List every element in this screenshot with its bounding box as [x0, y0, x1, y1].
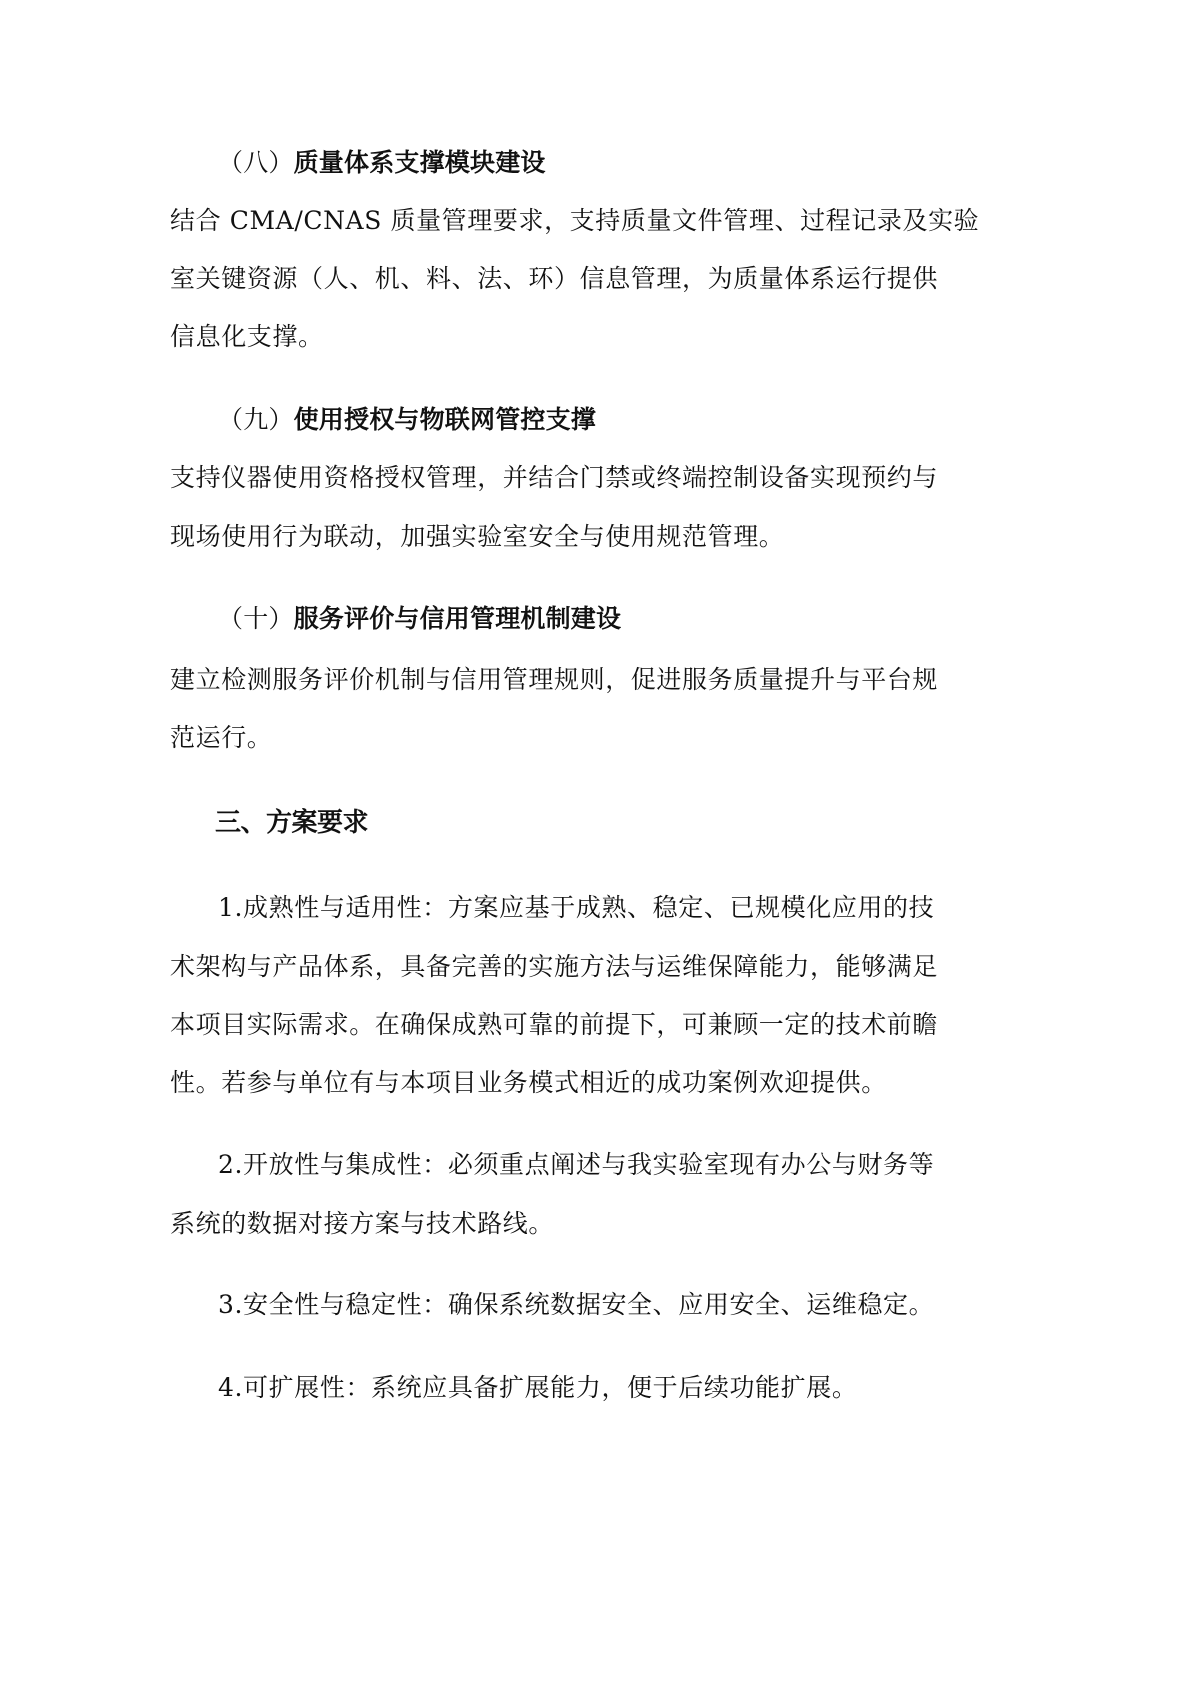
paragraph-line: 结合 CMA/CNAS 质量管理要求，支持质量文件管理、过程记录及实验 [170, 206, 979, 236]
paragraph-line: 范运行。 [170, 723, 272, 753]
paragraph-line: 支持仪器使用资格授权管理，并结合门禁或终端控制设备实现预约与 [170, 463, 938, 493]
requirement-line: 性。若参与单位有与本项目业务模式相近的成功案例欢迎提供。 [170, 1068, 887, 1098]
requirement-line: 3.安全性与稳定性：确保系统数据安全、应用安全、运维稳定。 [218, 1290, 934, 1320]
chapter-heading: 三、方案要求 [215, 808, 368, 838]
section-heading-8: （八）质量体系支撑模块建设 [218, 148, 546, 178]
paragraph-line: 信息化支撑。 [170, 322, 324, 352]
section-number: （八） [218, 148, 294, 177]
section-title: 质量体系支撑模块建设 [294, 148, 546, 177]
section-title: 服务评价与信用管理机制建设 [294, 604, 622, 633]
section-number: （九） [218, 405, 294, 434]
requirement-line: 术架构与产品体系，具备完善的实施方法与运维保障能力，能够满足 [170, 952, 938, 982]
requirement-line: 系统的数据对接方案与技术路线。 [170, 1209, 554, 1239]
requirement-line: 2.开放性与集成性：必须重点阐述与我实验室现有办公与财务等 [218, 1150, 934, 1180]
paragraph-line: 现场使用行为联动，加强实验室安全与使用规范管理。 [170, 522, 784, 552]
paragraph-line: 室关键资源（人、机、料、法、环）信息管理，为质量体系运行提供 [170, 264, 938, 294]
requirement-line: 1.成熟性与适用性：方案应基于成熟、稳定、已规模化应用的技 [218, 893, 934, 923]
requirement-line: 4.可扩展性：系统应具备扩展能力，便于后续功能扩展。 [218, 1373, 857, 1403]
section-number: （十） [218, 604, 294, 633]
paragraph-line: 建立检测服务评价机制与信用管理规则，促进服务质量提升与平台规 [170, 665, 938, 695]
section-heading-10: （十）服务评价与信用管理机制建设 [218, 604, 621, 634]
requirement-line: 本项目实际需求。在确保成熟可靠的前提下，可兼顾一定的技术前瞻 [170, 1010, 938, 1040]
section-heading-9: （九）使用授权与物联网管控支撑 [218, 405, 596, 435]
section-title: 使用授权与物联网管控支撑 [294, 405, 596, 434]
